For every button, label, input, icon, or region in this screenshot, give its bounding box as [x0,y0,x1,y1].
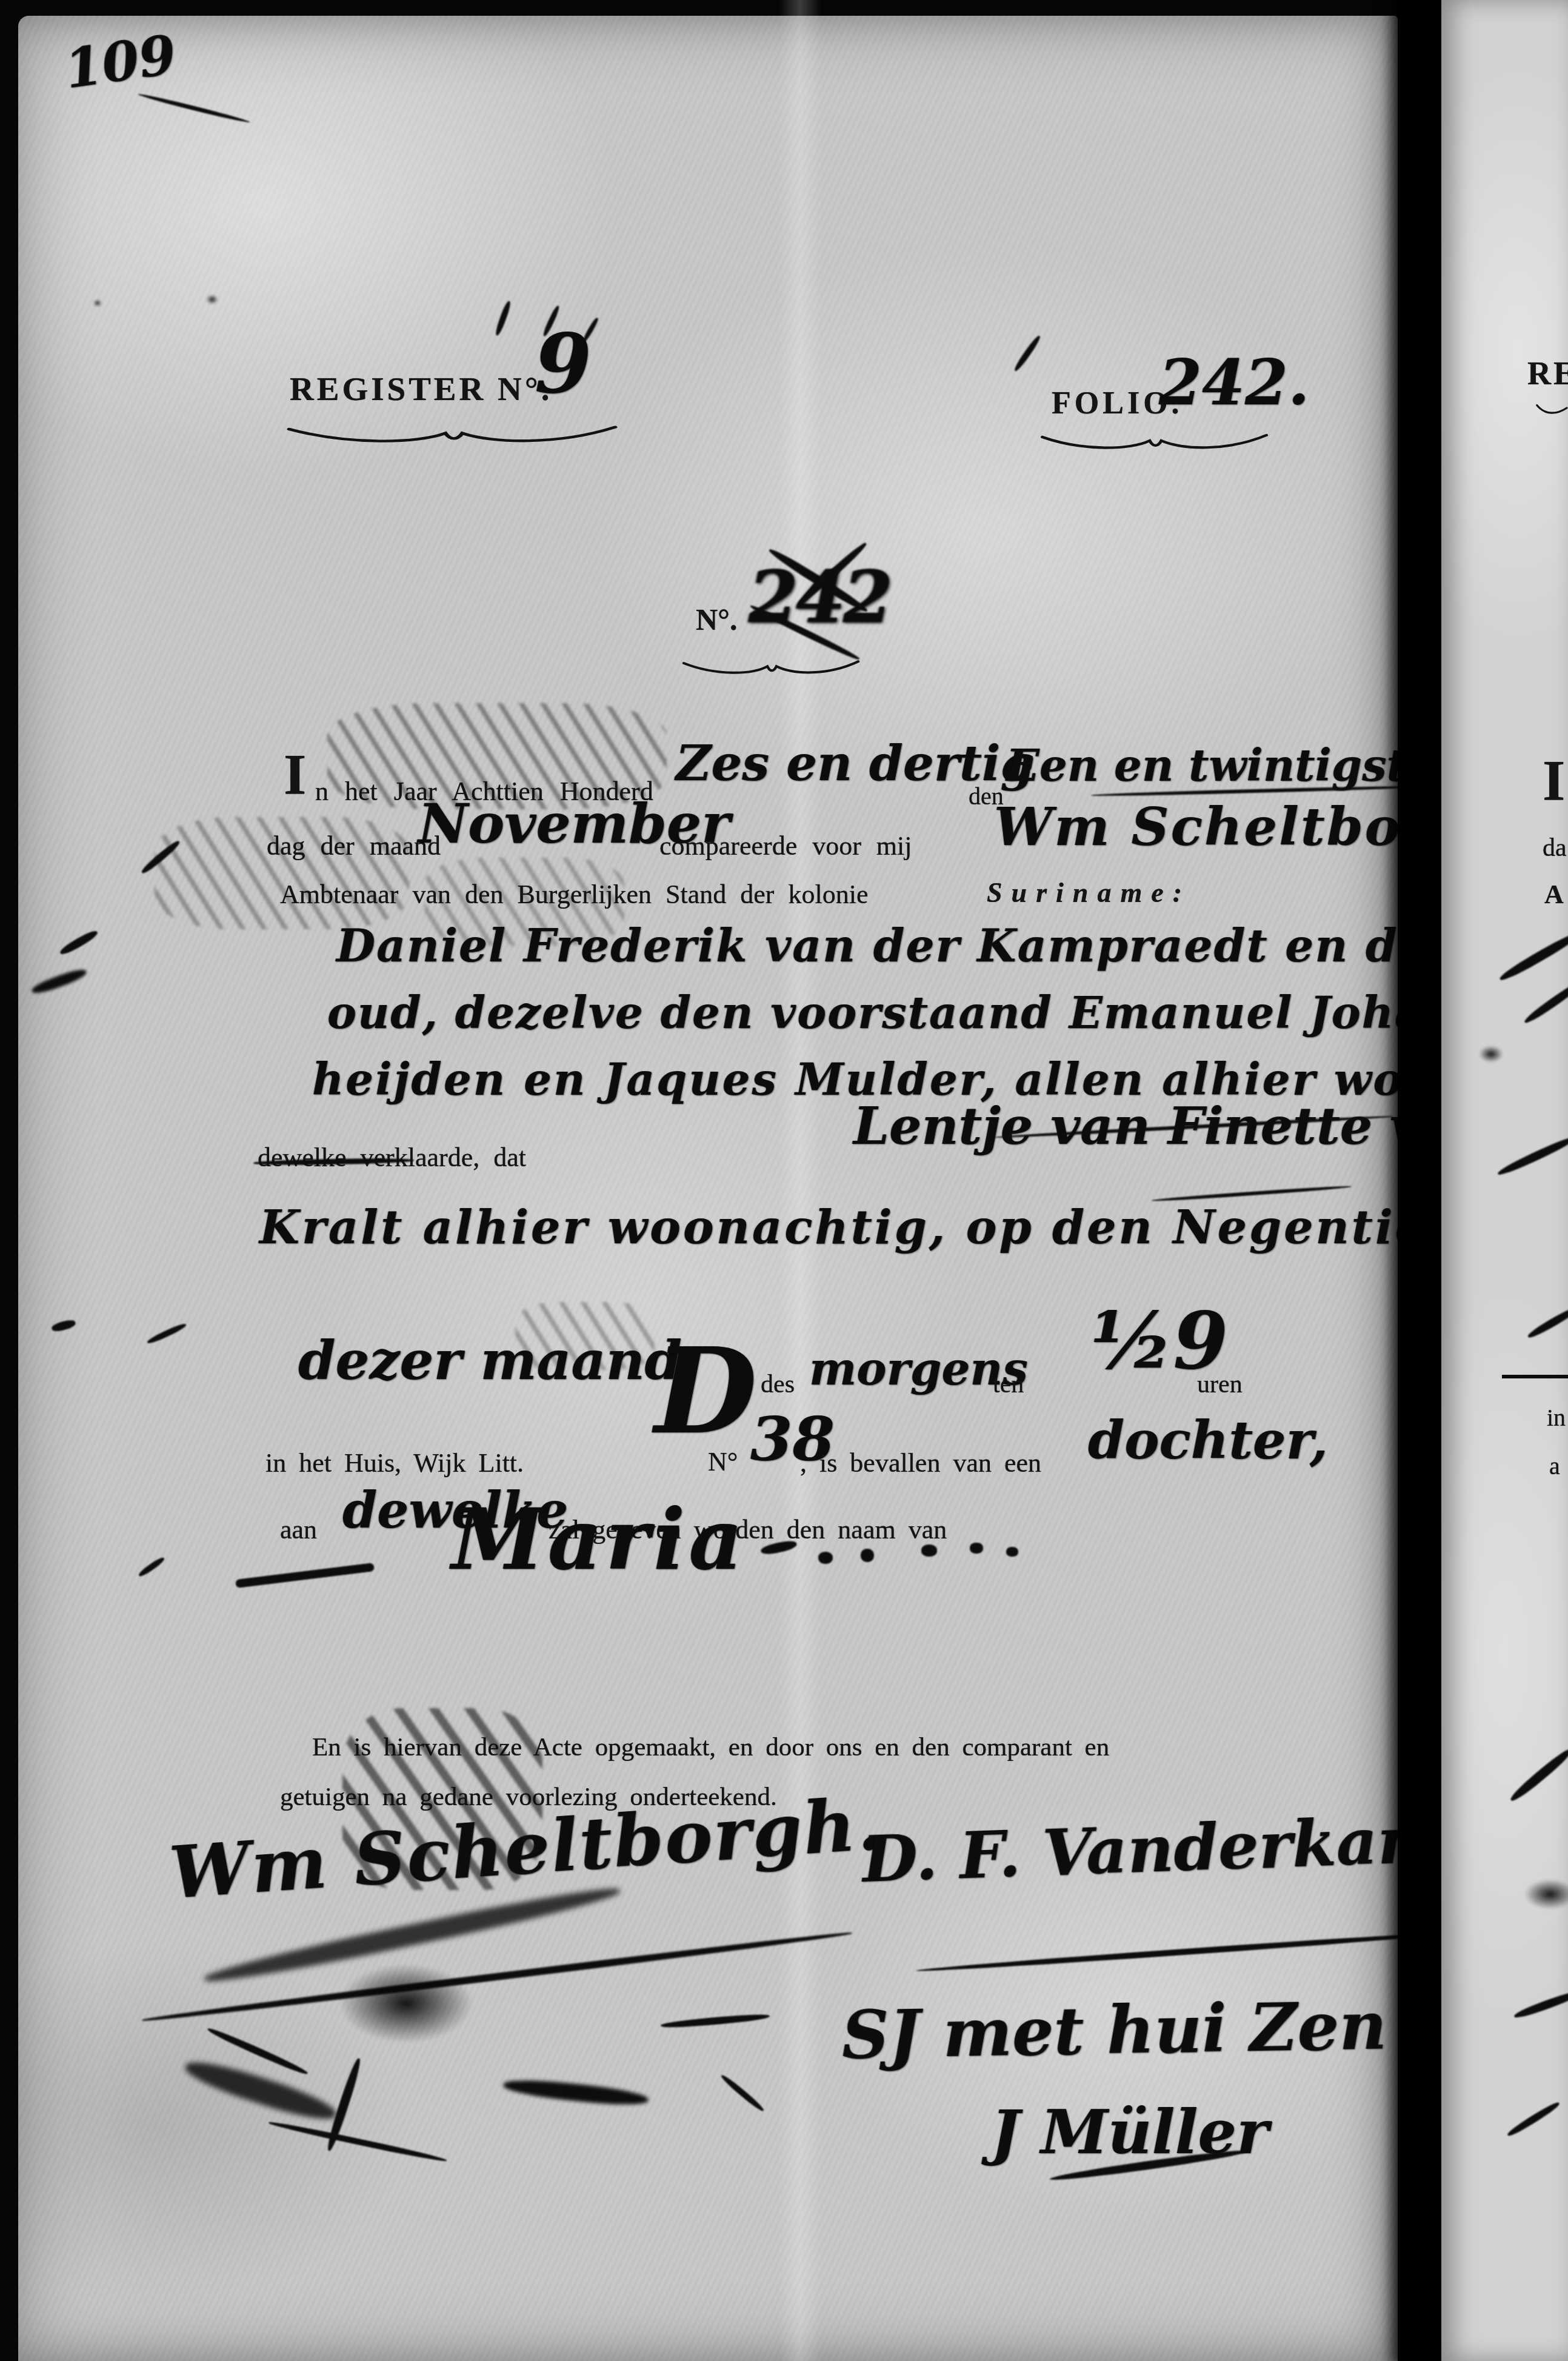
ink-hatch [342,1708,542,1890]
ink-hatch [327,703,667,809]
declarants-line-2: oud, dezelve den voorstaand Emanuel Joha… [327,987,1568,1038]
name-trailing-mark [1006,1547,1018,1557]
binding-gutter [1398,0,1441,2361]
next-page-initial-partial: I [1543,747,1565,814]
signature-witness-2: J Müller [991,2096,1269,2168]
register-label: REGISTER N°. [290,370,552,408]
wijk-letter-handwritten: D [655,1321,757,1460]
folio-underbrace [1038,432,1271,453]
mother-name-handwritten-2: Kralt alhier woonachtig, op den Negentie… [259,1200,1529,1254]
child-sex-handwritten: dochter, [1088,1410,1328,1471]
next-page-stain [1479,1046,1503,1063]
next-page-rule [1502,1375,1568,1378]
body-line7-aan: aan [280,1514,317,1545]
body-line2-printed-b: compareerde voor mij [659,830,912,861]
name-trailing-mark [970,1543,983,1554]
folio-number-handwritten: 242. [1159,347,1309,419]
house-number-label: N° [708,1446,738,1477]
act-number-underbrace [680,658,862,678]
document-scan: 109 REGISTER N°. 9 FOLIO. 242. N°. 242 I… [0,0,1568,2361]
body-line5-ten: ten [993,1370,1024,1399]
name-trailing-mark [921,1545,937,1557]
colony-name: Suriname: [987,877,1191,909]
register-underbrace [282,423,622,447]
ink-hatch [515,1302,655,1370]
next-page-register-partial: RE [1527,355,1568,392]
signature-witness-1: SJ met hui Zen [841,1988,1387,2074]
next-page-ink-blot [1524,1879,1568,1909]
body-line5-uren: uren [1197,1370,1243,1399]
next-page-line-partial: in [1547,1403,1566,1432]
name-trailing-mark [861,1549,874,1562]
name-trailing-mark [818,1552,833,1564]
act-number-label: N°. [696,602,738,637]
body-line1-initial: I [284,741,306,808]
stain-dot [206,295,218,304]
ink-hatch [155,817,409,929]
register-number-handwritten: 9 [535,315,592,412]
paper-fold-highlight [779,0,821,2361]
body-line5-des: des [761,1370,795,1399]
day-handwritten: Een en twintigste [1006,740,1435,791]
next-page-line-partial: da [1543,833,1567,863]
next-page-line-partial: a [1549,1452,1560,1480]
ink-blot [339,1964,473,2043]
body-line6-printed-b: , is bevallen van een [800,1448,1041,1478]
ink-hatch [424,858,624,946]
act-number-handwritten: 242 [749,555,890,639]
next-page-underbrace-partial [1535,401,1568,417]
body-line6-printed-a: in het Huis, Wijk Litt. [265,1448,524,1478]
child-name-handwritten: Maria [452,1490,747,1589]
body-line4-printed: dewelke verklaarde, dat [258,1142,526,1173]
next-page-line-partial: A [1544,879,1564,910]
stain-dot [93,299,102,307]
